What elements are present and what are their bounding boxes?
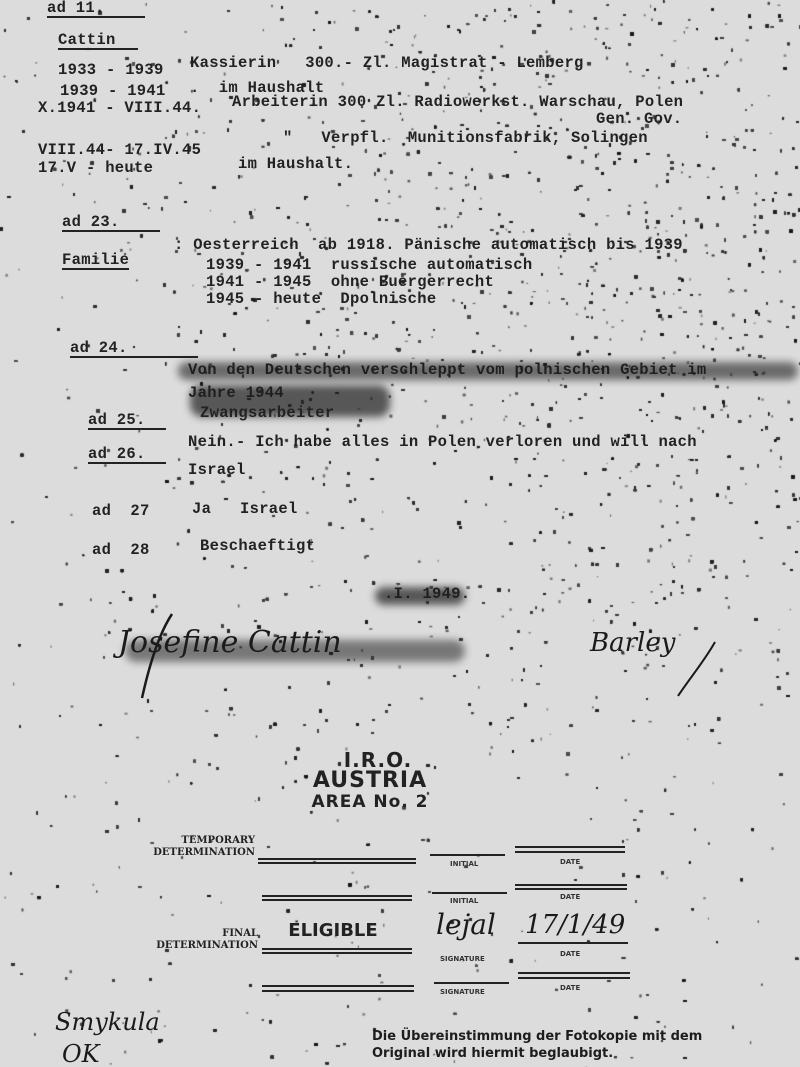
citizenship-line: 1939 - 1941 russische automatisch xyxy=(206,257,532,273)
employment-detail: Kassierin 300.- Zl. Magistrat - Lemberg xyxy=(190,55,584,71)
date-caption: DATE xyxy=(560,950,580,958)
document-page: ad 11. Cattin 1933 - 1939 Kassierin 300.… xyxy=(0,0,800,1067)
final-determination-value: ELIGIBLE xyxy=(268,920,398,941)
citizenship-line: 1941 - 1945 ohne Buergerrecht xyxy=(206,274,494,290)
form-line xyxy=(262,952,412,954)
initial-caption: INITIAL xyxy=(450,897,478,905)
form-line xyxy=(430,854,505,856)
employment-period: 17.V - heute xyxy=(38,160,153,176)
section-25-heading: ad 25. xyxy=(88,412,166,430)
form-line xyxy=(262,948,412,950)
form-line xyxy=(518,972,630,974)
form-line xyxy=(262,899,412,901)
section-27-text: Ja Israel xyxy=(192,501,298,517)
redaction-smear xyxy=(375,587,465,605)
employment-period: X.1941 - VIII.44. xyxy=(38,100,201,116)
form-line xyxy=(515,888,627,890)
redaction-smear xyxy=(178,362,798,380)
section-28-heading: ad 28 xyxy=(92,542,150,558)
employment-detail: Arbeiterin 300 Zl. Radiowerkst. Warschau… xyxy=(232,94,683,110)
employment-detail-note: Gen. Gov. xyxy=(596,111,682,127)
form-line xyxy=(518,977,630,979)
section-23-label: Familie xyxy=(62,252,129,270)
final-initials: lejal xyxy=(436,908,496,941)
employment-period: 1939 - 1941 xyxy=(60,83,166,99)
section-24-heading: ad 24. xyxy=(70,340,198,358)
section-26-heading: ad 26. xyxy=(88,446,166,464)
form-line xyxy=(515,846,625,848)
stamp-area: AREA No. 2 xyxy=(295,792,445,812)
employment-period: VIII.44- 17.IV.45 xyxy=(38,142,201,158)
final-date: 17/1/49 xyxy=(525,910,625,940)
signature-caption: SIGNATURE xyxy=(440,955,485,963)
handwritten-note: OK xyxy=(62,1040,100,1067)
citizenship-line: : Oesterreich ab 1918. Pänische automati… xyxy=(174,237,683,253)
section-25-text: Zwangsarbeiter xyxy=(200,405,334,421)
initial-caption: INITIAL xyxy=(450,860,478,868)
applicant-name: Cattin xyxy=(58,32,138,50)
section-27-heading: ad 27 xyxy=(92,503,150,519)
form-line xyxy=(432,892,507,894)
citizenship-line: 1945 - heute Dpolnische xyxy=(206,291,436,307)
employment-detail: " Verpfl. Munitionsfabrik, Solingen xyxy=(283,130,648,146)
employment-detail: im Haushalt. xyxy=(238,156,353,172)
form-line xyxy=(262,895,412,897)
form-line xyxy=(262,985,414,987)
final-determination-label: FINAL DETERMINATION xyxy=(100,928,258,952)
certification-line-2: Original wird hiermit beglaubigt. xyxy=(372,1045,613,1062)
date-caption: DATE xyxy=(560,893,580,901)
date-caption: DATE xyxy=(560,858,580,866)
section-28-text: Beschaeftigt xyxy=(200,538,315,554)
form-line xyxy=(515,884,627,886)
section-26-text-cont: Israel xyxy=(188,462,246,478)
section-23-heading: ad 23. xyxy=(62,214,160,232)
handwritten-note: Smykula xyxy=(55,1008,160,1036)
certification-line-1: Die Übereinstimmung der Fotokopie mit de… xyxy=(372,1028,702,1045)
form-line xyxy=(434,982,509,984)
date-caption: DATE xyxy=(560,984,580,992)
signature-flourish xyxy=(130,612,190,702)
section-11-heading: ad 11. xyxy=(47,0,145,18)
stamp-country: AUSTRIA xyxy=(290,768,450,793)
signature-flourish xyxy=(670,640,720,700)
temporary-determination-label: TEMPORARY DETERMINATION xyxy=(100,835,255,859)
official-signature: Barley xyxy=(590,628,675,658)
form-line xyxy=(515,851,625,853)
employment-period: 1933 - 1939 xyxy=(58,62,164,78)
signature-caption: SIGNATURE xyxy=(440,988,485,996)
section-26-text: Nein.- Ich habe alles in Polen verloren … xyxy=(188,434,697,450)
form-line xyxy=(258,862,416,864)
form-line xyxy=(518,942,628,944)
form-line xyxy=(258,858,416,860)
form-line xyxy=(262,990,414,992)
